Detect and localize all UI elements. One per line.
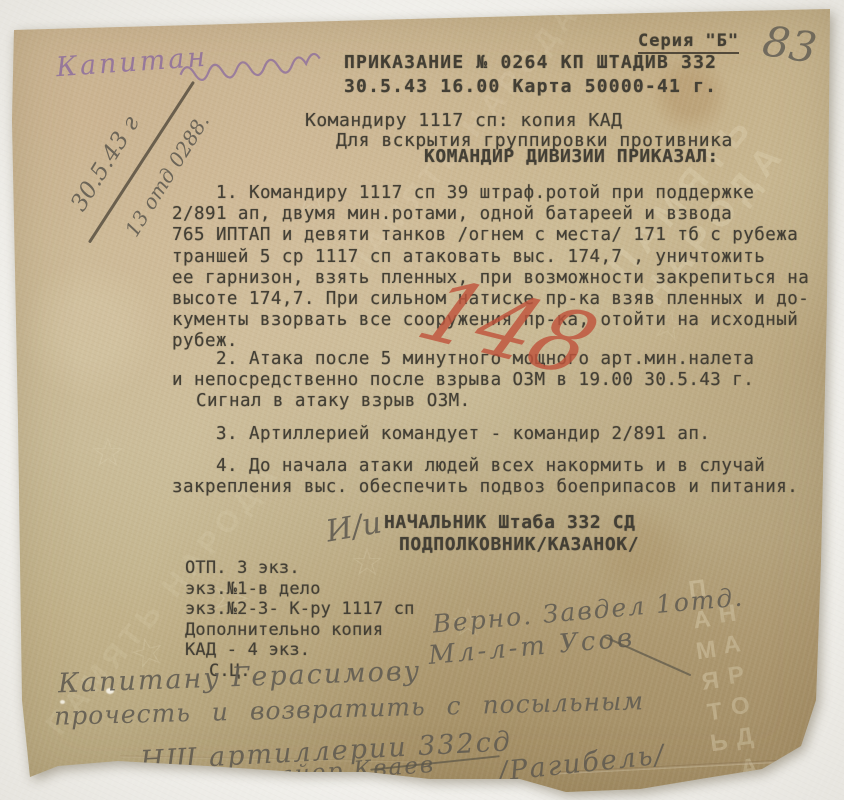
paragraph-1: 1. Командиру 1117 сп 39 штраф.ротой при … [172,183,844,353]
bottom-note-line2: прочесть и возвратить с посыльным [54,686,645,730]
paper-crease [555,758,805,774]
watermark-text: ПАМЯТЬ НАРОДА [340,0,588,282]
paper-wrapper: ПАМЯТЬ НАРОДА ПАМЯТЬ НАРОДА ПАМЯТЬ НАРОД… [0,0,844,800]
page-number-handwritten: 83 [759,16,819,73]
order-title: ПРИКАЗАНИЕ № 0264 КП ШТАДИВ 332 [344,52,717,73]
diagonal-date-note: 30.5.43 г [66,111,145,215]
distribution-line: экз.№2-3- К-ру 1117 сп [185,599,505,620]
chief-of-staff-line: НАЧАЛЬНИК Штаба 332 СД [384,511,636,534]
star-watermark-icon: ☆ [90,430,126,476]
order-text-line: закрепления выс. обеспечить подвоз боепр… [172,477,844,498]
paragraph-2: 2. Атака после 5 минутного мощного арт.м… [172,349,844,413]
countersign-mark-handwritten: И/и [323,505,384,549]
bottom-signature-line3: /Рагибель/ [497,739,667,787]
watermark-word: НАРОДА [711,599,765,787]
decree-heading: КОМАНДИР ДИВИЗИИ ПРИКАЗАЛ: [424,146,719,167]
series-label: Серия "Б" [638,31,739,54]
rank-name-line: ПОДПОЛКОВНИК/КАЗАНОК/ [399,533,639,556]
paper-damage-fleck [60,700,65,704]
order-text-line: высоте 174,7. При сильном натиске пр-ка … [172,289,844,310]
order-date-map-line: 30.5.43 16.00 Карта 50000-41 г. [344,76,717,97]
distribution-line: С.Ц. [185,661,505,682]
distribution-line: экз.№1-в дело [185,579,505,600]
paper-damage-fleck [14,645,20,650]
order-text-line: рубеж. [172,331,844,352]
paragraph-3: 3. Артиллерией командует - командир 2/89… [172,424,844,445]
star-watermark-icon: ☆ [125,626,171,679]
star-watermark-icon: ☆ [203,565,259,629]
order-text-line: 1. Командиру 1117 сп 39 штраф.ротой при … [172,183,844,204]
diagonal-number-note: 13 отд 0288. [120,110,214,241]
star-watermark-icon: ☆ [292,172,331,223]
bottom-signature-line1: НШ артиллерии 332сд [139,726,512,776]
purpose-line: Для вскрытия группировки противника [336,130,733,151]
distribution-line: КАД - 4 экз. [185,640,505,661]
illegible-signature-scribble [177,45,339,85]
order-text-line: ее гарнизон, взять пленных, при возможно… [172,268,844,289]
top-ink-note: Капитан [55,42,209,84]
paper-crease [120,755,420,762]
document-paper: ПАМЯТЬ НАРОДА ПАМЯТЬ НАРОДА ПАМЯТЬ НАРОД… [0,0,844,800]
star-watermark-icon: ☆ [645,297,692,353]
paper-damage-fleck [106,688,114,694]
scanned-document-page: { "colors": { "paper": "#c9bc98", "typed… [0,0,844,800]
order-text-line: кументы взорвать все сооружения пр-ка, о… [172,310,844,331]
watermark-text: ПАМЯТЬ НАРОДА [40,456,288,742]
distribution-line: Дополнительно копия [185,620,505,641]
order-text-line: 2. Атака после 5 минутного мощного арт.м… [172,349,844,370]
bottom-note-line1: Капитану Герасимову [58,656,422,700]
order-text-line: Сигнал в атаку взрыв ОЗМ. [172,391,844,412]
bottom-signature-line2: майор Кваев [257,752,436,790]
distribution-line: ОТП. 3 экз. [185,558,505,579]
checkoff-slash-mark [88,81,195,243]
order-text-line: 3. Артиллерией командует - командир 2/89… [172,424,844,445]
distribution-block: ОТП. 3 экз. экз.№1-в дело экз.№2-3- К-ру… [185,558,505,681]
watermark-text: ПАМЯТЬ НАРОДА [600,73,821,314]
watermark-word: ПАМЯТЬ [681,574,735,762]
signature-flourish [604,636,692,676]
order-text-line: 2/891 ап, двумя мин.ротами, одной батаре… [172,204,844,225]
addressee-line: Командиру 1117 сп: копия КАД [305,110,622,131]
red-archive-number: 148 [403,260,612,395]
paragraph-4: 4. До начала атаки людей всех накормить … [172,456,844,498]
star-watermark-icon: ☆ [450,600,486,646]
order-text-line: 765 ИПТАП и девяти танков /огнем с места… [172,225,844,246]
star-watermark-icon: ☆ [350,540,384,585]
order-text-line: траншей 5 ср 1117 сп атаковать выс. 174,… [172,247,844,268]
signature-flourish [370,755,499,771]
certified-note-line2: Мл-л-т Усов [427,623,636,671]
order-text-line: 4. До начала атаки людей всех накормить … [172,456,844,477]
certified-note-line1: Верно. Завдел 1отд. [431,582,745,638]
order-text-line: и непосредственно после взрыва ОЗМ в 19.… [172,370,844,391]
